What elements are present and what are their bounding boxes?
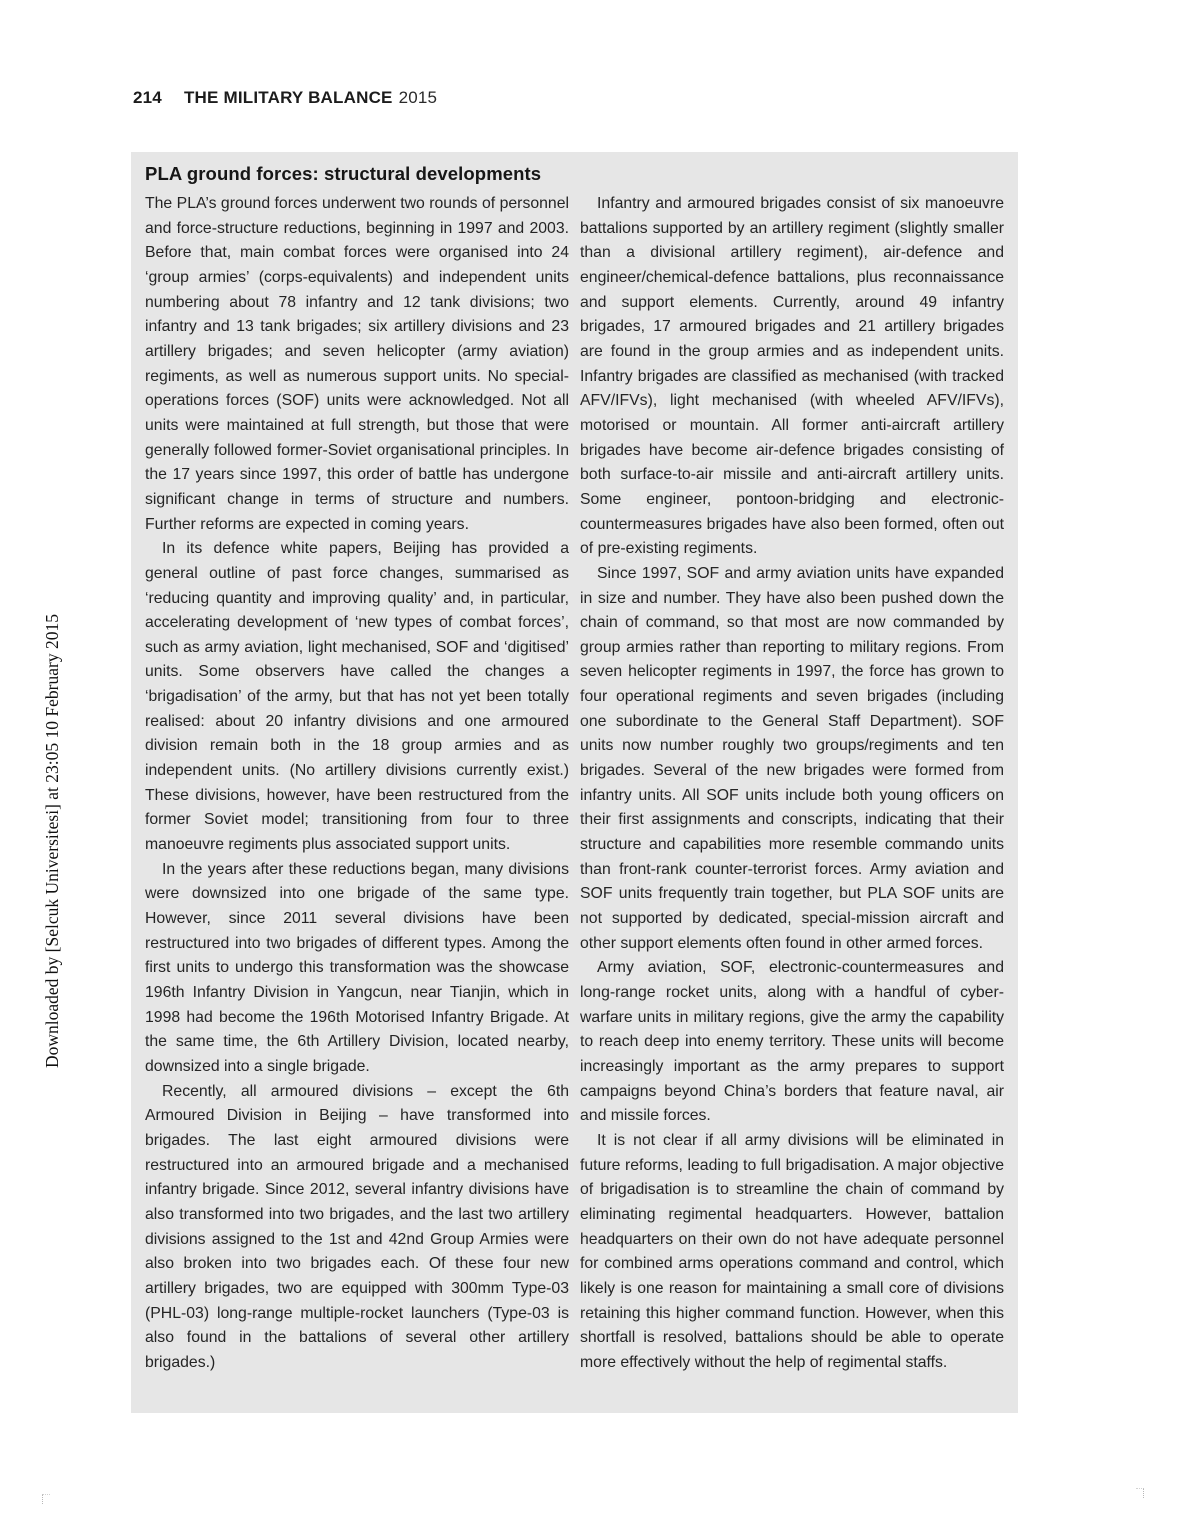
left-column: The PLA’s ground forces underwent two ro… bbox=[145, 192, 569, 1376]
paragraph: It is not clear if all army divisions wi… bbox=[580, 1129, 1004, 1376]
article-columns: The PLA’s ground forces underwent two ro… bbox=[145, 192, 1004, 1376]
article-heading: PLA ground forces: structural developmen… bbox=[145, 163, 1004, 185]
journal-year: 2015 bbox=[399, 88, 438, 107]
paragraph: The PLA’s ground forces underwent two ro… bbox=[145, 192, 569, 537]
right-column: Infantry and armoured brigades consist o… bbox=[580, 192, 1004, 1376]
paragraph: Infantry and armoured brigades consist o… bbox=[580, 192, 1004, 562]
paragraph: In the years after these reductions bega… bbox=[145, 858, 569, 1080]
journal-title: THE MILITARY BALANCE bbox=[184, 88, 393, 107]
download-watermark: Downloaded by [Selcuk Universitesi] at 2… bbox=[42, 614, 63, 1068]
crop-mark-bottom-right bbox=[1136, 1488, 1144, 1498]
crop-mark-bottom-left bbox=[42, 1494, 50, 1504]
article-box: PLA ground forces: structural developmen… bbox=[131, 152, 1018, 1413]
page-header: 214THE MILITARY BALANCE2015 bbox=[133, 88, 437, 108]
paragraph: Army aviation, SOF, electronic-counterme… bbox=[580, 956, 1004, 1129]
paragraph: Recently, all armoured divisions – excep… bbox=[145, 1080, 569, 1376]
page-number: 214 bbox=[133, 88, 162, 107]
paragraph: In its defence white papers, Beijing has… bbox=[145, 537, 569, 858]
paragraph: Since 1997, SOF and army aviation units … bbox=[580, 562, 1004, 957]
